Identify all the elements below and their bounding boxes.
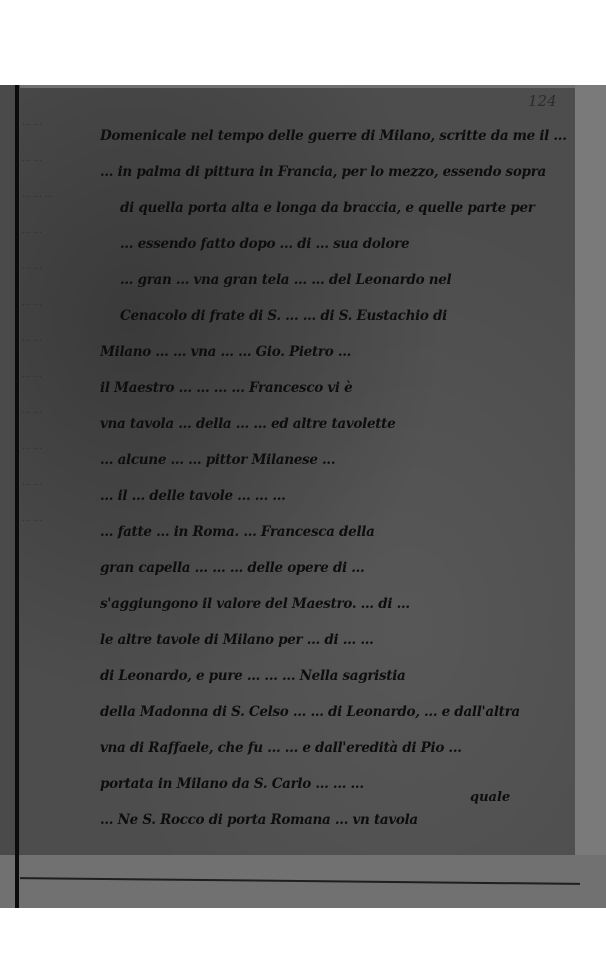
text-line: ... in palma di pittura in Francia, per … (100, 154, 570, 190)
text-line: ... alcune ... ... pittor Milanese ... (100, 442, 570, 478)
text-line: le altre tavole di Milano per ... di ...… (100, 622, 570, 658)
text-line: il Maestro ... ... ... ... Francesco vi … (100, 370, 570, 406)
backing-sheet-right (575, 85, 606, 908)
catchword: quale (470, 790, 510, 805)
text-line: s'aggiungono il valore del Maestro. ... … (100, 586, 570, 622)
text-line: Milano ... ... vna ... ... Gio. Pietro .… (100, 334, 570, 370)
text-line: di Leonardo, e pure ... ... ... Nella sa… (100, 658, 570, 694)
text-line: ... gran ... vna gran tela ... ... del L… (100, 262, 570, 298)
text-line: di quella porta alta e longa da braccia,… (100, 190, 570, 226)
text-line: vna di Raffaele, che fu ... ... e dall'e… (100, 730, 570, 766)
text-line: vna tavola ... della ... ... ed altre ta… (100, 406, 570, 442)
text-line: ... fatte ... in Roma. ... Francesca del… (100, 514, 570, 550)
text-line: Domenicale nel tempo delle guerre di Mil… (100, 118, 570, 154)
text-line: ... Ne S. Rocco di porta Romana ... vn t… (100, 802, 570, 838)
text-line: ... essendo fatto dopo ... di ... sua do… (100, 226, 570, 262)
text-line: della Madonna di S. Celso ... ... di Leo… (100, 694, 570, 730)
page-number: 124 (528, 92, 557, 110)
binding-line (15, 85, 19, 908)
text-line: gran capella ... ... ... delle opere di … (100, 550, 570, 586)
text-line: ... il ... delle tavole ... ... ... (100, 478, 570, 514)
manuscript-text: Domenicale nel tempo delle guerre di Mil… (100, 118, 570, 838)
text-line: Cenacolo di frate di S. ... ... di S. Eu… (100, 298, 570, 334)
